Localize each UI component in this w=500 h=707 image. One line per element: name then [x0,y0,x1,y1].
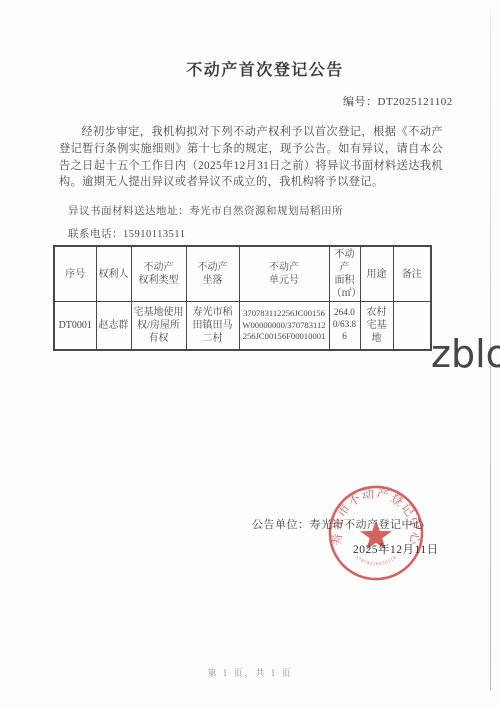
cell-remark [393,302,431,350]
cell-holder: 赵志群 [96,302,131,350]
col-header-unit-number: 不动产 单元号 [239,246,329,302]
cell-right-type: 宅基地使用权/房屋所有权 [131,302,186,350]
zblog-watermark: zblog [431,335,500,373]
official-red-seal: 寿光市不动产登记中心 37078316030118 [327,484,425,582]
cell-usage: 农村宅基地 [360,302,393,350]
col-header-usage: 用途 [360,246,393,302]
col-header-serial: 序号 [54,246,96,302]
cell-location: 寿光市稻田镇田马二村 [186,302,239,350]
scanned-document-page: 不动产首次登记公告 编号：DT2025121102 经初步审定，我机构拟对下列不… [0,0,500,707]
col-header-holder: 权利人 [96,246,131,302]
announcement-paragraph: 经初步审定，我机构拟对下列不动产权利予以首次登记，根据《不动产登记暂行条例实施细… [59,124,443,191]
contact-phone-line: 联系电话：15910113511 [68,226,185,241]
cell-usage-text: 农村宅基地 [366,306,388,345]
table-row: DT0001 赵志群 宅基地使用权/房屋所有权 寿光市稻田镇田马二村 37078… [54,302,431,350]
col-header-area: 不动产 面积 （㎡） [329,246,360,302]
document-title: 不动产首次登记公告 [30,57,500,80]
announcement-date: 2025年12月11日 [353,541,439,557]
page-number-footer: 第 1 页，共 1 页 [0,666,500,679]
registration-table: 序号 权利人 不动产 权利类型 不动产 坐落 不动产 单元号 不动产 面积 （㎡… [53,245,432,351]
col-header-location: 不动产 坐落 [186,246,239,302]
cell-area: 264.00/63.86 [329,302,360,350]
cell-unit-number: 370783112256JC00156W00000000/37078311225… [239,302,329,350]
cell-serial: DT0001 [54,302,96,350]
table-header-row: 序号 权利人 不动产 权利类型 不动产 坐落 不动产 单元号 不动产 面积 （㎡… [54,246,431,302]
col-header-remark: 备注 [393,246,431,302]
objection-address-line: 异议书面材料送达地址：寿光市自然资源和规划局稻田所 [68,203,343,218]
announcing-unit-line: 公告单位：寿光市不动产登记中心 [252,516,425,532]
document-number: 编号：DT2025121102 [343,93,453,109]
col-header-right-type: 不动产 权利类型 [131,246,186,302]
